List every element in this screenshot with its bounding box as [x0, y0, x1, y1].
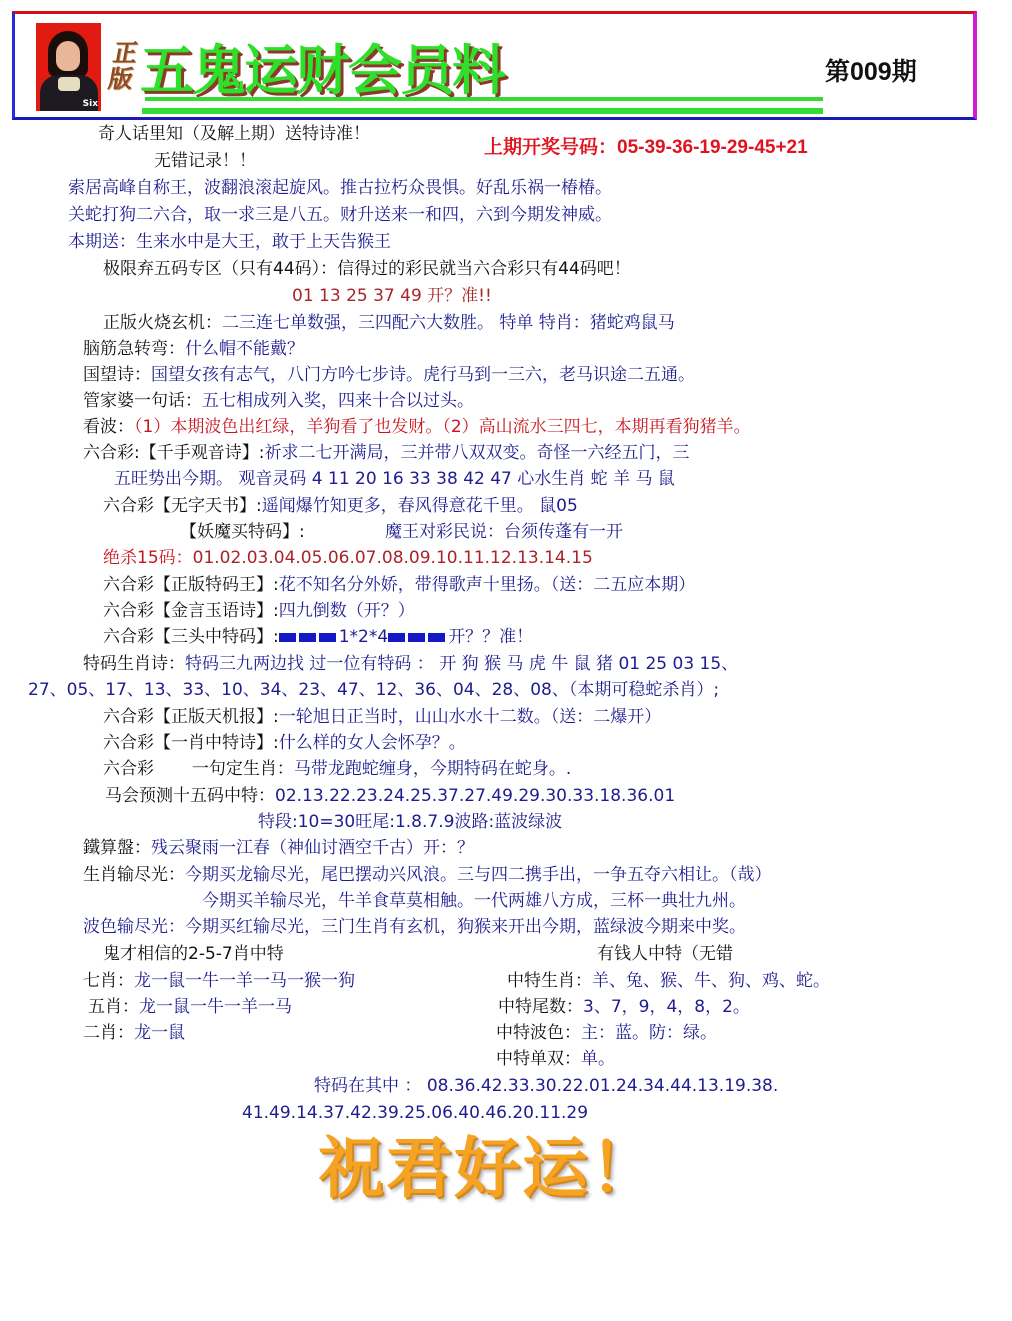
guanjia-line: 管家婆一句话：五七相成列入奖，四来十合以过头。 [83, 391, 474, 411]
final-label: 特码在其中 ： [314, 1076, 421, 1096]
poem-line-2: 关蛇打狗二六合，取一求三是八五。财升送来一和四，六到今期发神威。 [68, 205, 612, 225]
guanjia-label: 管家婆一句话： [83, 391, 202, 411]
mahui-numbers: 02.13.22.23.24.25.37.27.49.29.30.33.18.3… [275, 786, 675, 806]
row-value: 龙一鼠 [134, 1023, 185, 1043]
last-draw-numbers: 05-39-36-19-29-45+21 [617, 137, 808, 158]
bose-lost-text: 今期买红输尽光，三门生肖有玄机，狗猴来开出今期，蓝绿波今期来中奖。 [185, 917, 746, 937]
mahui-line: 马会预测十五码中特：02.13.22.23.24.25.37.27.49.29.… [105, 786, 675, 806]
tianji-text: 一轮旭日正当时，山山水水十二数。（送：二爆开） [279, 707, 662, 727]
extreme-numbers: 01 13 25 37 49 开？准!! [292, 286, 492, 306]
row-label: 中特波色： [496, 1023, 581, 1043]
tianji-label: 六合彩【正版天机报】: [103, 707, 279, 727]
guowang-text: 国望女孩有志气，八门方吟七步诗。虎行马到一三六，老马识途二五通。 [151, 365, 695, 385]
final-line-1: 特码在其中 ： 08.36.42.33.30.22.01.24.34.44.13… [314, 1076, 778, 1096]
wuzi-label: 六合彩【无字天书】: [103, 496, 262, 516]
right-box-row-3: 中特波色：主：蓝。防：绿。 [496, 1023, 717, 1043]
last-draw-label: 上期开奖号码： [484, 137, 617, 158]
portrait-collar [58, 77, 80, 91]
poem-line-3-label: 本期送： [68, 232, 136, 252]
wave-label: 看波： [83, 417, 134, 437]
santou-label: 六合彩【三头中特码】: [103, 627, 279, 647]
intro-line-1: 奇人话里知（及解上期）送特诗准！ [98, 124, 370, 144]
teduan-line: 特段:10=30旺尾:1.8.7.9波路:蓝波绿波 [258, 812, 562, 832]
shengxiao-lost-text-1: 今期买龙输尽光，尾巴摆动兴风浪。三与四二携手出，一争五夺六相让。（哉） [185, 865, 772, 885]
brain-text: 什么帽不能戴？ [185, 339, 304, 359]
brain-line: 脑筋急转弯：什么帽不能戴？ [83, 339, 304, 359]
right-box-row-4: 中特单双：单。 [496, 1049, 615, 1069]
row-value: 主：蓝。防：绿。 [581, 1023, 717, 1043]
santou-mid: 1*2*4 [339, 627, 388, 647]
poem-line-1: 索居高峰自称王，波翻浪滚起旋风。推古拉朽众畏惧。好乱乐祸一椿椿。 [68, 178, 612, 198]
left-box-row-3: 二肖：龙一鼠 [83, 1023, 185, 1043]
row-label: 中特尾数： [498, 997, 583, 1017]
zhengban-line: 六合彩【正版特码王】:花不知名分外娇，带得歌声十里扬。（送：二五应本期） [103, 575, 695, 595]
shengxiao-line-1: 特码生肖诗：特码三九两边找 过一位有特码 ： 开 狗 猴 马 虎 牛 鼠 猪 0… [83, 654, 738, 674]
yiju-line: 六合彩 一句定生肖：马带龙跑蛇缠身，今期特码在蛇身。. [103, 759, 571, 779]
kill-numbers: 01.02.03.04.05.06.07.08.09.10.11.12.13.1… [193, 548, 593, 568]
right-box-title: 有钱人中特（无错 [597, 944, 733, 964]
shengxiao-label: 特码生肖诗： [83, 654, 185, 674]
tiesuan-line: 鐵算盤：残云聚雨一江春（神仙讨酒空千古）开：？ [83, 838, 474, 858]
jinyan-line: 六合彩【金言玉语诗】:四九倒数（开？） [103, 601, 415, 621]
jinyan-text: 四九倒数（开？） [279, 601, 415, 621]
row-label: 五肖： [88, 997, 139, 1017]
qianshou-text-2: 五旺势出今期。 观音灵码 4 11 20 16 33 38 42 47 心水生肖… [114, 469, 675, 489]
right-box-row-1: 中特生肖：羊、兔、猴、牛、狗、鸡、蛇。 [507, 971, 830, 991]
shengxiao-lost-line-1: 生肖输尽光：今期买龙输尽光，尾巴摆动兴风浪。三与四二携手出，一争五夺六相让。（哉… [83, 865, 772, 885]
row-value: 3、7，9，4，8，2。 [583, 997, 750, 1017]
qianshou-text-1: 祈求二七开满局，三并带八双双变。奇怪一六经五门，三 [264, 443, 689, 463]
shengxiao-text-1: 特码三九两边找 过一位有特码 ： 开 狗 猴 马 虎 牛 鼠 猪 01 25 0… [185, 654, 738, 674]
shengxiao-text-2: 27、05、17、13、33、10、34、23、47、12、36、04、28、0… [28, 680, 719, 700]
blue-bars-left [279, 627, 339, 647]
final-numbers-1: 08.36.42.33.30.22.01.24.34.44.13.19.38. [427, 1076, 778, 1096]
tiesuan-text: 残云聚雨一江春（神仙讨酒空千古）开：？ [151, 838, 474, 858]
header-banner: Six 正版 五鬼运财会员料 第009期 [12, 11, 977, 120]
title-underline-top [145, 97, 823, 101]
fire-line: 正版火烧玄机：二三连七单数强，三四配六大数胜。 特单 特肖：猪蛇鸡鼠马 [103, 313, 675, 333]
edition-mark: 正版 [106, 40, 141, 92]
fire-label: 正版火烧玄机： [103, 313, 222, 333]
title-underline-bottom [142, 108, 823, 114]
qianshou-line-1: 六合彩:【千手观音诗】:祈求二七开满局，三并带八双双变。奇怪一六经五门，三 [83, 443, 689, 463]
poem-line-3-text: 生来水中是大王，敢于上天告猴王 [136, 232, 391, 252]
wave-line: 看波：（1）本期波色出红绿，羊狗看了也发财。（2）高山流水三四七，本期再看狗猪羊… [83, 417, 751, 437]
page-title: 五鬼运财会员料 [140, 28, 504, 105]
wuzi-text: 遥闻爆竹知更多，春风得意花千里。 鼠05 [262, 496, 578, 516]
yaomo-text: 魔王对彩民说：台须传蓬有一开 [385, 522, 623, 542]
santou-tail: 开？？准！ [448, 627, 533, 647]
zhengban-label: 六合彩【正版特码王】: [103, 575, 279, 595]
row-label: 中特生肖： [507, 971, 592, 991]
issue-number: 第009期 [825, 52, 917, 88]
row-value: 龙一鼠一牛一羊一马一猴一狗 [134, 971, 355, 991]
mahui-label: 马会预测十五码中特： [105, 786, 275, 806]
bose-lost-label: 波色输尽光： [83, 917, 185, 937]
right-box-row-2: 中特尾数：3、7，9，4，8，2。 [498, 997, 750, 1017]
jinyan-label: 六合彩【金言玉语诗】: [103, 601, 279, 621]
yiju-text: 马带龙跑蛇缠身，今期特码在蛇身。. [294, 759, 571, 779]
left-box-row-2: 五肖：龙一鼠一牛一羊一马 [88, 997, 292, 1017]
tiesuan-label: 鐵算盤： [83, 838, 151, 858]
brain-label: 脑筋急转弯： [83, 339, 185, 359]
wuzi-line: 六合彩【无字天书】:遥闻爆竹知更多，春风得意花千里。 鼠05 [103, 496, 578, 516]
guowang-line: 国望诗：国望女孩有志气，八门方吟七步诗。虎行马到一三六，老马识途二五通。 [83, 365, 695, 385]
blue-bars-right [388, 627, 448, 647]
yaomo-label: 【妖魔买特码】: [180, 522, 305, 542]
santou-line: 六合彩【三头中特码】:1*2*4开？？准！ [103, 627, 533, 647]
intro-line-2: 无错记录！！ [154, 151, 256, 171]
bose-lost-line: 波色输尽光：今期买红输尽光，三门生肖有玄机，狗猴来开出今期，蓝绿波今期来中奖。 [83, 917, 746, 937]
tianji-line: 六合彩【正版天机报】:一轮旭日正当时，山山水水十二数。（送：二爆开） [103, 707, 661, 727]
row-value: 单。 [581, 1049, 615, 1069]
guanjia-text: 五七相成列入奖，四来十合以过头。 [202, 391, 474, 411]
row-label: 七肖： [83, 971, 134, 991]
photo-label: Six [83, 99, 98, 109]
portrait-face [56, 41, 80, 71]
yixiao-line: 六合彩【一肖中特诗】:什么样的女人会怀孕？。 [103, 733, 466, 753]
fire-text: 二三连七单数强，三四配六大数胜。 特单 特肖：猪蛇鸡鼠马 [222, 313, 675, 333]
left-box-row-1: 七肖：龙一鼠一牛一羊一马一猴一狗 [83, 971, 355, 991]
kill-line: 绝杀15码：01.02.03.04.05.06.07.08.09.10.11.1… [103, 548, 593, 568]
left-box-title: 鬼才相信的2-5-7肖中特 [103, 944, 284, 964]
portrait-photo: Six [36, 23, 101, 111]
kill-label: 绝杀15码： [103, 548, 193, 568]
guowang-label: 国望诗： [83, 365, 151, 385]
yixiao-text: 什么样的女人会怀孕？。 [279, 733, 466, 753]
shengxiao-lost-text-2: 今期买羊输尽光，牛羊食草莫相触。一代两雄八方成，三杯一典壮九州。 [202, 891, 746, 911]
yixiao-label: 六合彩【一肖中特诗】: [103, 733, 279, 753]
yiju-label: 六合彩 一句定生肖： [103, 759, 294, 779]
shengxiao-lost-label: 生肖输尽光： [83, 865, 185, 885]
qianshou-label: 六合彩:【千手观音诗】: [83, 443, 264, 463]
zhengban-text: 花不知名分外娇，带得歌声十里扬。（送：二五应本期） [279, 575, 696, 595]
poem-line-3: 本期送：生来水中是大王，敢于上天告猴王 [68, 232, 391, 252]
blessing-text: 祝君好运！ [318, 1115, 658, 1210]
row-value: 龙一鼠一牛一羊一马 [139, 997, 292, 1017]
extreme-label: 极限弃五码专区（只有44码）：信得过的彩民就当六合彩只有44码吧！ [103, 259, 631, 279]
row-label: 中特单双： [496, 1049, 581, 1069]
row-label: 二肖： [83, 1023, 134, 1043]
last-draw: 上期开奖号码：05-39-36-19-29-45+21 [484, 132, 808, 159]
wave-text: （1）本期波色出红绿，羊狗看了也发财。（2）高山流水三四七，本期再看狗猪羊。 [134, 417, 751, 437]
row-value: 羊、兔、猴、牛、狗、鸡、蛇。 [592, 971, 830, 991]
